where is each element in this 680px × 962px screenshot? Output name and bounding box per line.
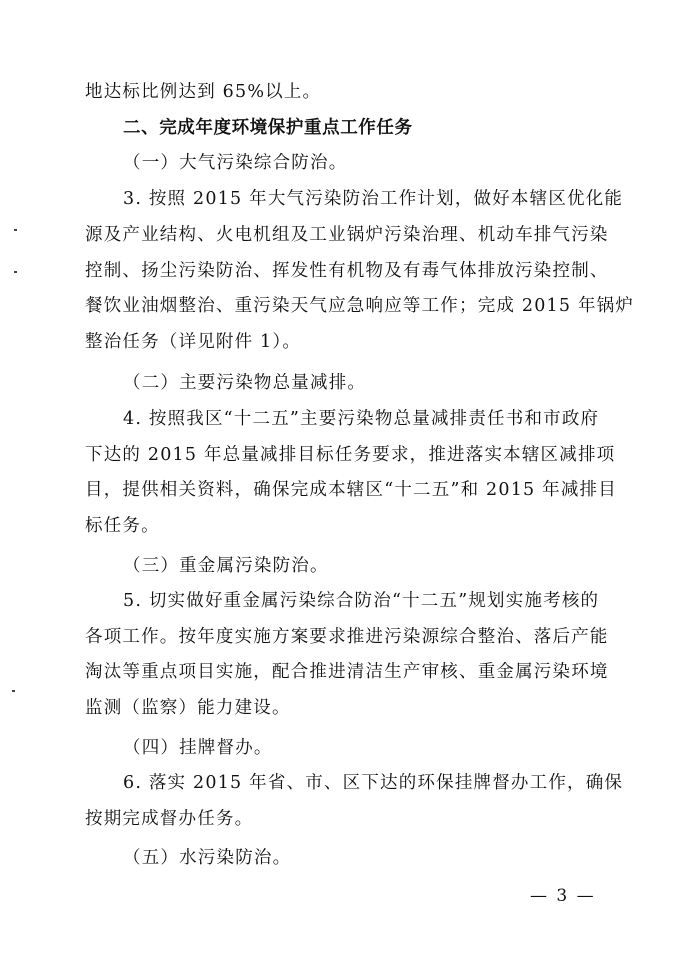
subsection-heading: （四）挂牌督办。: [123, 737, 590, 759]
paragraph-line: 4. 按照我区“十二五”主要污染物总量减排责任书和市政府: [123, 408, 590, 430]
paragraph-line: 目，提供相关资料，确保完成本辖区“十二五”和 2015 年减排目: [85, 479, 590, 501]
scan-speck: [14, 229, 17, 231]
scan-speck: [14, 271, 17, 273]
paragraph-line: 标任务。: [85, 515, 590, 537]
paragraph-line: 6. 落实 2015 年省、市、区下达的环保挂牌督办工作，确保: [123, 772, 590, 794]
text-line-continuation: 地达标比例达到 65%以上。: [85, 81, 590, 103]
paragraph-line: 餐饮业油烟整治、重污染天气应急响应等工作；完成 2015 年锅炉: [85, 295, 590, 317]
paragraph-line: 3. 按照 2015 年大气污染防治工作计划，做好本辖区优化能: [123, 188, 590, 210]
section-heading: 二、完成年度环境保护重点工作任务: [123, 117, 590, 139]
paragraph-line: 源及产业结构、火电机组及工业锅炉污染治理、机动车排气污染: [85, 224, 590, 246]
page-number: — 3 —: [530, 886, 596, 906]
paragraph-line: 下达的 2015 年总量减排目标任务要求，推进落实本辖区减排项: [85, 444, 590, 466]
paragraph-line: 各项工作。按年度实施方案要求推进污染源综合整治、落后产能: [85, 626, 590, 648]
document-page: 地达标比例达到 65%以上。 二、完成年度环境保护重点工作任务 （一）大气污染综…: [0, 0, 680, 962]
paragraph-line: 按期完成督办任务。: [85, 808, 590, 830]
paragraph-line: 整治任务（详见附件 1）。: [85, 331, 590, 353]
subsection-heading: （五）水污染防治。: [123, 847, 590, 869]
subsection-heading: （一）大气污染综合防治。: [123, 152, 590, 174]
paragraph-line: 淘汰等重点项目实施，配合推进清洁生产审核、重金属污染环境: [85, 661, 590, 683]
paragraph-line: 5. 切实做好重金属污染综合防治“十二五”规划实施考核的: [123, 590, 590, 612]
paragraph-line: 监测（监察）能力建设。: [85, 697, 590, 719]
subsection-heading: （二）主要污染物总量减排。: [123, 372, 590, 394]
subsection-heading: （三）重金属污染防治。: [123, 555, 590, 577]
paragraph-line: 控制、扬尘污染防治、挥发性有机物及有毒气体排放污染控制、: [85, 260, 590, 282]
scan-speck: [12, 690, 15, 692]
